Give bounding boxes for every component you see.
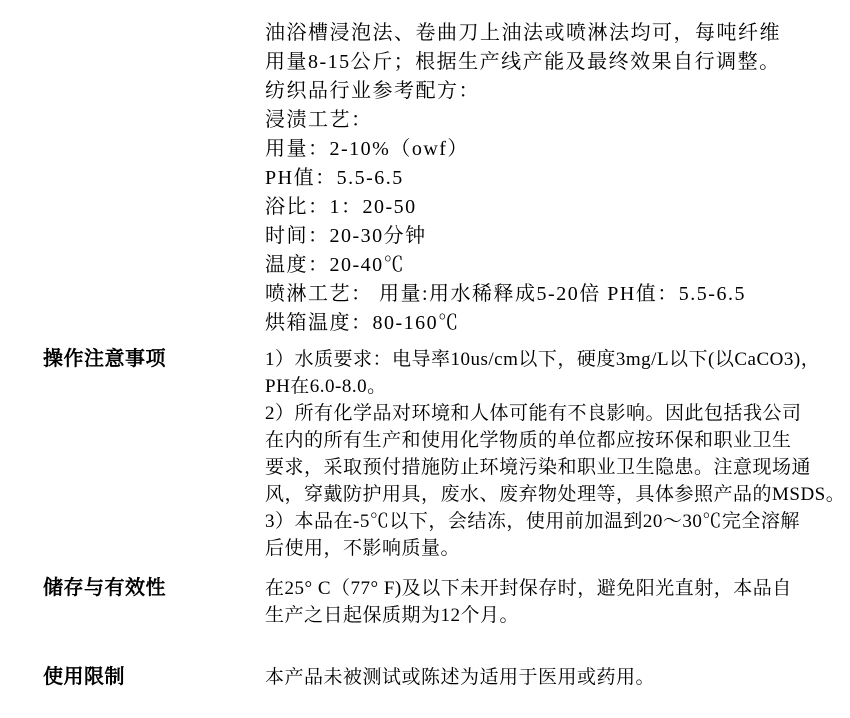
section-content: 1）水质要求：电导率10us/cm以下，硬度3mg/L以下(以CaCO3)，PH… — [265, 346, 825, 562]
text-line: 1）水质要求：电导率10us/cm以下，硬度3mg/L以下(以CaCO3)， — [265, 346, 825, 373]
text-line: 纺织品行业参考配方： — [265, 77, 825, 106]
text-line: 浸渍工艺： — [265, 106, 825, 135]
text-line: 油浴槽浸泡法、卷曲刀上油法或喷淋法均可，每吨纤维 — [265, 19, 825, 48]
text-line: 生产之日起保质期为12个月。 — [265, 602, 825, 629]
text-line: 3）本品在-5℃以下，会结冻，使用前加温到20～30℃完全溶解 — [265, 508, 825, 535]
text-line: 时间：20-30分钟 — [265, 222, 825, 251]
text-line: 在25° C（77° F)及以下未开封保存时，避免阳光直射，本品自 — [265, 575, 825, 602]
document-section: 储存与有效性在25° C（77° F)及以下未开封保存时，避免阳光直射，本品自生… — [43, 575, 828, 629]
document-section: 使用限制本产品未被测试或陈述为适用于医用或药用。 — [43, 664, 828, 691]
section-content: 油浴槽浸泡法、卷曲刀上油法或喷淋法均可，每吨纤维用量8-15公斤；根据生产线产能… — [265, 19, 825, 338]
document-page: 油浴槽浸泡法、卷曲刀上油法或喷淋法均可，每吨纤维用量8-15公斤；根据生产线产能… — [0, 0, 850, 718]
text-line: 用量：2-10%（owf） — [265, 135, 825, 164]
section-label: 使用限制 — [43, 664, 265, 691]
text-line: 风，穿戴防护用具，废水、废弃物处理等，具体参照产品的MSDS。 — [265, 481, 825, 508]
section-content: 在25° C（77° F)及以下未开封保存时，避免阳光直射，本品自生产之日起保质… — [265, 575, 825, 629]
text-line: 用量8-15公斤；根据生产线产能及最终效果自行调整。 — [265, 48, 825, 77]
section-content: 本产品未被测试或陈述为适用于医用或药用。 — [265, 664, 825, 691]
text-line: 烘箱温度：80-160℃ — [265, 309, 825, 338]
text-line: PH在6.0-8.0。 — [265, 373, 825, 400]
text-line: 后使用，不影响质量。 — [265, 535, 825, 562]
text-line: 本产品未被测试或陈述为适用于医用或药用。 — [265, 664, 825, 691]
text-line: 在内的所有生产和使用化学物质的单位都应按环保和职业卫生 — [265, 427, 825, 454]
text-line: 温度：20-40℃ — [265, 251, 825, 280]
section-label: 操作注意事项 — [43, 346, 265, 373]
text-line: PH值：5.5-6.5 — [265, 164, 825, 193]
text-line: 喷淋工艺： 用量:用水稀释成5-20倍 PH值：5.5-6.5 — [265, 280, 825, 309]
document-section: 油浴槽浸泡法、卷曲刀上油法或喷淋法均可，每吨纤维用量8-15公斤；根据生产线产能… — [43, 19, 828, 338]
text-line: 要求，采取预付措施防止环境污染和职业卫生隐患。注意现场通 — [265, 454, 825, 481]
document-section: 操作注意事项1）水质要求：电导率10us/cm以下，硬度3mg/L以下(以CaC… — [43, 346, 828, 562]
text-line: 浴比：1：20-50 — [265, 193, 825, 222]
section-label: 储存与有效性 — [43, 575, 265, 602]
text-line: 2）所有化学品对环境和人体可能有不良影响。因此包括我公司 — [265, 400, 825, 427]
document-body: 油浴槽浸泡法、卷曲刀上油法或喷淋法均可，每吨纤维用量8-15公斤；根据生产线产能… — [43, 0, 828, 691]
